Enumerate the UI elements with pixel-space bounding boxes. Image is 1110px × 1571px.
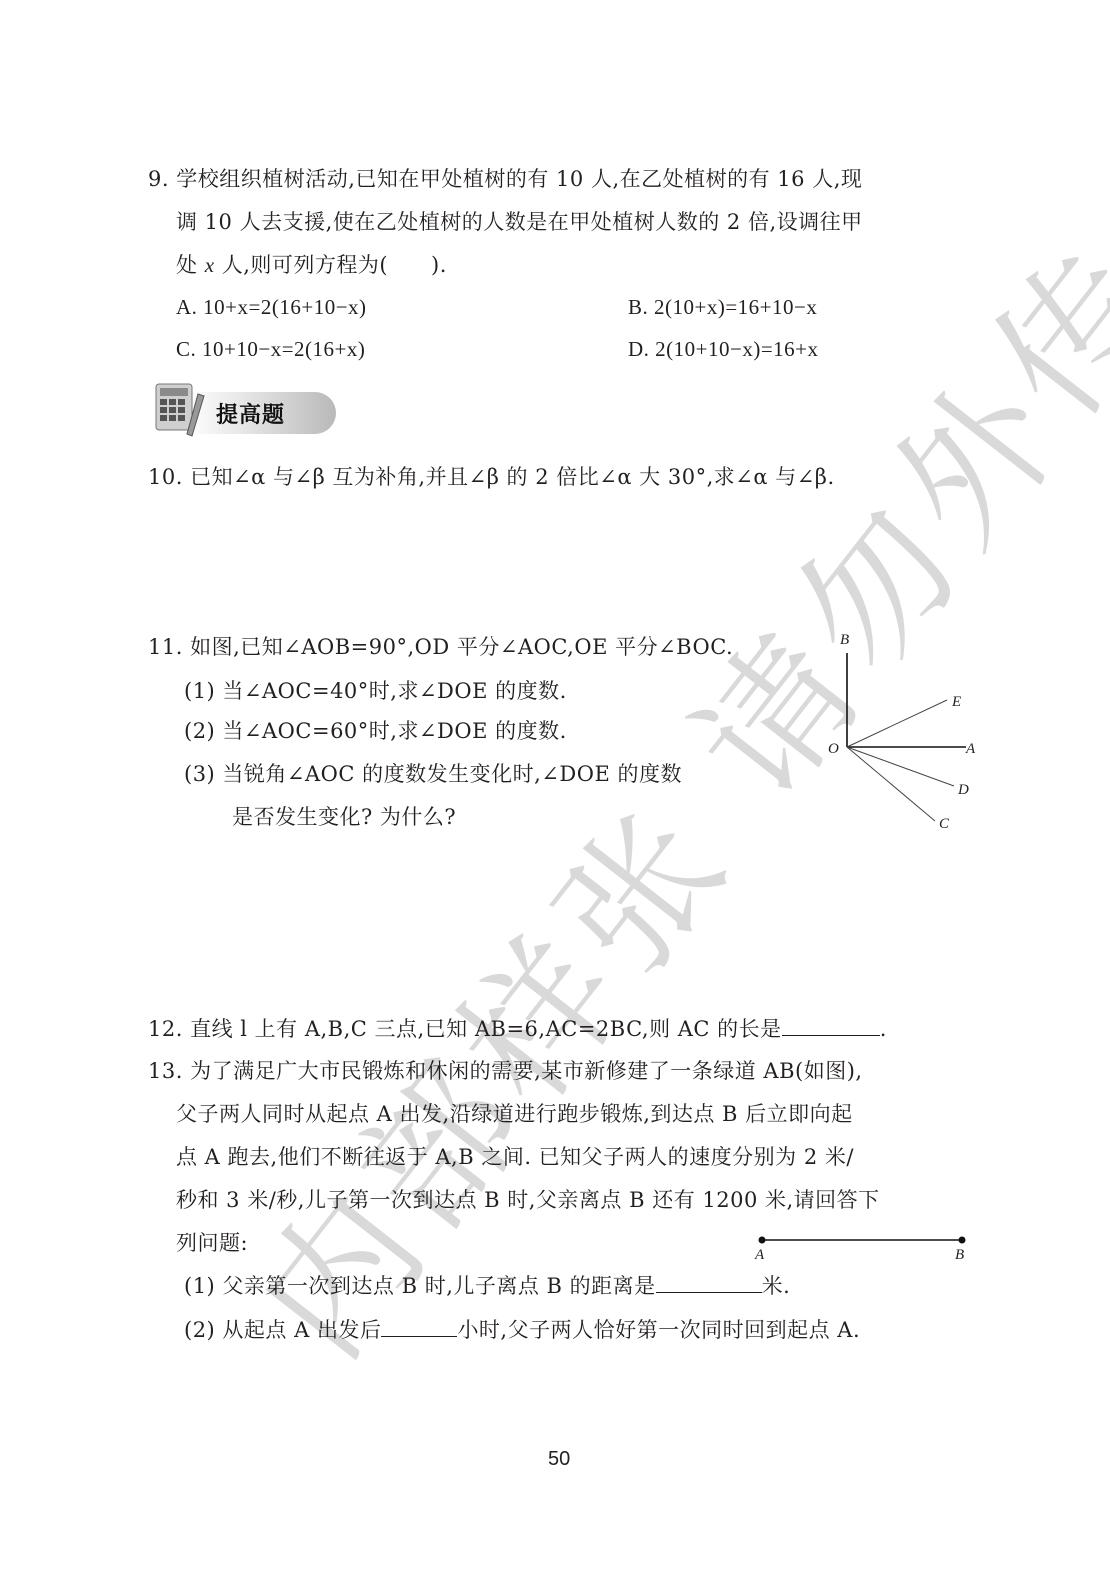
q12-answer-blank[interactable] xyxy=(782,1013,880,1036)
point-a-label: A xyxy=(965,741,976,757)
q9-option-a[interactable]: A. 10+x=2(16+10−x) xyxy=(176,292,367,322)
q13-part-2-rest: 小时,父子两人恰好第一次同时回到起点 A. xyxy=(457,1318,860,1342)
q13-part-1-text: (1) 父亲第一次到达点 B 时,儿子离点 B 的距离是 xyxy=(184,1274,656,1298)
point-d-label: D xyxy=(957,782,969,798)
q9-option-b[interactable]: B. 2(10+x)=16+10−x xyxy=(628,292,817,322)
q9-line-3-pre: 处 xyxy=(176,253,205,277)
q9-option-d[interactable]: D. 2(10+10−x)=16+x xyxy=(628,334,819,364)
calculator-pencil-icon xyxy=(152,380,212,440)
q12-text: 12. 直线 l 上有 A,B,C 三点,已知 AB=6,AC=2BC,则 AC… xyxy=(148,1017,782,1041)
q9-option-c[interactable]: C. 10+10−x=2(16+x) xyxy=(176,334,365,364)
page-number: 50 xyxy=(548,1448,570,1471)
q12-end: . xyxy=(880,1017,887,1041)
q11-stem: 11. 如图,已知∠AOB=90°,OD 平分∠AOC,OE 平分∠BOC. xyxy=(148,632,733,662)
q9-line-1: 9. 学校组织植树活动,已知在甲处植树的有 10 人,在乙处植树的有 16 人,… xyxy=(148,164,862,194)
q13-part-1-unit: 米. xyxy=(762,1274,791,1298)
q13-part-1: (1) 父亲第一次到达点 B 时,儿子离点 B 的距离是米. xyxy=(184,1270,790,1301)
q9-line-3-post: 人,则可列方程为( ). xyxy=(215,253,447,277)
q11-part-3: (3) 当锐角∠AOC 的度数发生变化时,∠DOE 的度数 xyxy=(184,759,682,789)
q13-part-2-text: (2) 从起点 A 出发后 xyxy=(184,1318,381,1342)
segment-point-b: B xyxy=(955,1247,964,1263)
point-b-label: B xyxy=(840,632,849,648)
q9-line-3: 处 x 人,则可列方程为( ). xyxy=(176,250,447,280)
q11-part-3-cont: 是否发生变化? 为什么? xyxy=(232,802,456,832)
q13-line-5: 列问题: xyxy=(176,1228,248,1258)
q13-line-2: 父子两人同时从起点 A 出发,沿绿道进行跑步锻炼,到达点 B 后立即向起 xyxy=(176,1099,853,1129)
segment-ab-figure: A B xyxy=(740,1225,980,1270)
point-o-label: O xyxy=(828,741,839,757)
point-e-label: E xyxy=(951,694,961,710)
section-header: 提高题 xyxy=(152,380,338,440)
q11-part-2: (2) 当∠AOC=60°时,求∠DOE 的度数. xyxy=(184,716,567,746)
q13-line-1: 13. 为了满足广大市民锻炼和休闲的需要,某市新修建了一条绿道 AB(如图), xyxy=(148,1056,863,1086)
q9-variable: x xyxy=(205,253,215,277)
segment-point-a: A xyxy=(754,1247,765,1263)
question-12: 12. 直线 l 上有 A,B,C 三点,已知 AB=6,AC=2BC,则 AC… xyxy=(148,1013,887,1044)
q13-line-3: 点 A 跑去,他们不断往返于 A,B 之间. 已知父子两人的速度分别为 2 米/ xyxy=(176,1142,854,1172)
question-10: 10. 已知∠α 与∠β 互为补角,并且∠β 的 2 倍比∠α 大 30°,求∠… xyxy=(148,462,835,492)
q13-line-4: 秒和 3 米/秒,儿子第一次到达点 B 时,父亲离点 B 还有 1200 米,请… xyxy=(176,1185,880,1215)
q13-part-1-blank[interactable] xyxy=(656,1270,762,1293)
section-title: 提高题 xyxy=(216,398,285,429)
q11-part-1: (1) 当∠AOC=40°时,求∠DOE 的度数. xyxy=(184,676,567,706)
q13-part-2: (2) 从起点 A 出发后小时,父子两人恰好第一次同时回到起点 A. xyxy=(184,1314,860,1345)
q9-line-2: 调 10 人去支援,使在乙处植树的人数是在甲处植树人数的 2 倍,设调往甲 xyxy=(176,207,863,237)
point-c-label: C xyxy=(939,816,950,832)
angle-figure: B E O A D C xyxy=(800,620,1000,840)
q13-part-2-blank[interactable] xyxy=(381,1314,457,1337)
